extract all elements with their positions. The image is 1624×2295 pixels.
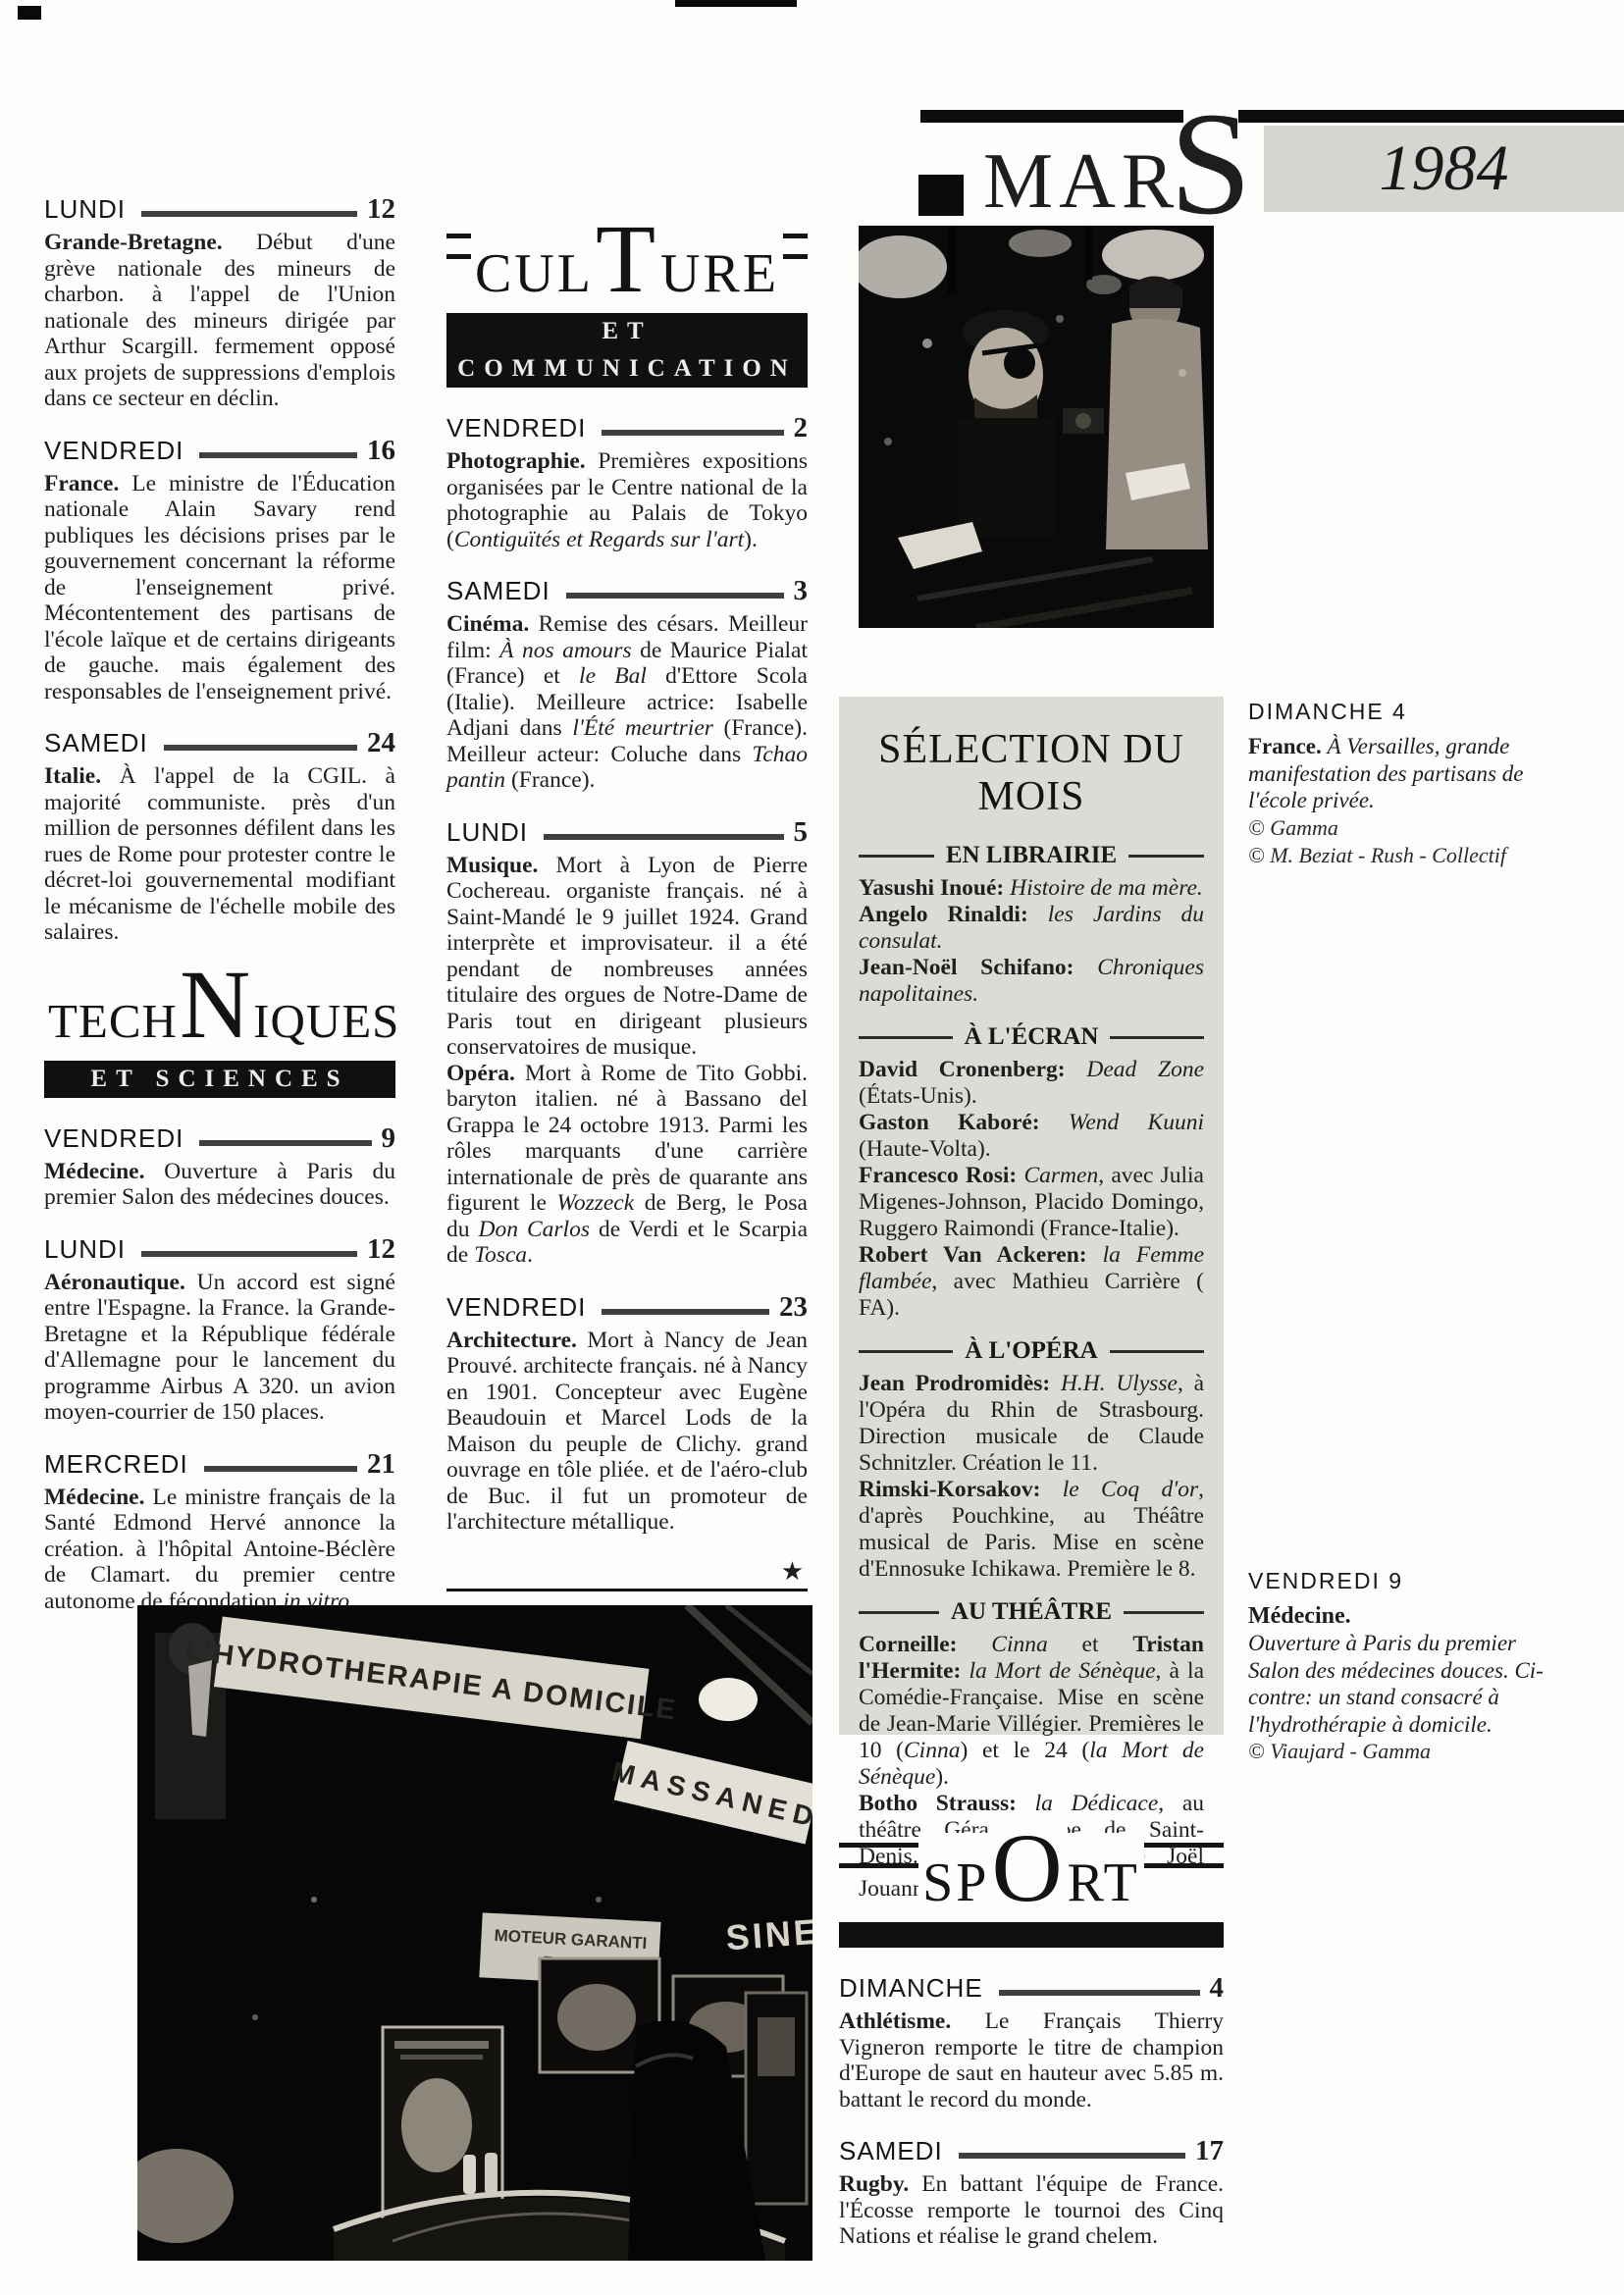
photo-caption-demonstration: DIMANCHE 4 France. À Versailles, grande … [1248,699,1554,869]
day-heading: LUNDI 5 [446,817,808,847]
selection-item: Jean Prodromidès: H.H. Ulysse, à l'Opéra… [859,1371,1204,1477]
event-text: Architecture. Mort à Nancy de Jean Prouv… [446,1328,808,1536]
section-subtitle-bar: ET SCIENCES [44,1061,395,1098]
bottle [485,2153,498,2194]
day-heading: VENDREDI 9 [44,1123,395,1153]
section-title-post: IQUES [253,994,399,1048]
photo-demonstration-image [859,226,1214,628]
day-label: VENDREDI [44,436,183,465]
day-rule [141,211,357,217]
sport-column: SPORT DIMANCHE 4 Athlétisme. Le Français… [839,1833,1224,2273]
day-heading: VENDREDI 16 [44,436,395,465]
day-heading: LUNDI 12 [44,194,395,224]
label-rule [859,1611,939,1614]
day-number: 9 [382,1123,396,1153]
selection-item: Angelo Rinaldi: les Jardins du consulat. [859,902,1204,955]
event-text: Médecine. Le ministre français de la San… [44,1485,395,1615]
label-rule [1124,1611,1204,1614]
month-title-big-letter: S [1170,90,1251,237]
event-entry: LUNDI 12 Aéronautique. Un accord est sig… [44,1234,395,1426]
photo-caption-salon: VENDREDI 9 Médecine. Ouverture à Paris d… [1248,1568,1554,1765]
event-text: France. Le ministre de l'Éducation natio… [44,471,395,705]
section-title-big-letter: T [594,204,660,313]
day-number: 12 [367,194,395,224]
section-subtitle-bar: ET COMMUNICATION [446,313,808,388]
day-heading: SAMEDI 17 [839,2136,1224,2165]
day-rule [566,593,784,599]
day-number: 21 [367,1449,395,1479]
day-heading: LUNDI 12 [44,1234,395,1264]
selection-category-opera: À L'OPÉRA [859,1337,1204,1365]
bottle [463,2155,476,2194]
event-entry: SAMEDI 17 Rugby. En battant l'équipe de … [839,2136,1224,2250]
event-text: Rugby. En battant l'équipe de France. l'… [839,2171,1224,2250]
section-bar [839,1922,1224,1948]
day-number: 2 [794,413,809,443]
star-marker: ★ [450,1559,804,1585]
selection-item: Jean-Noël Schifano: Chroniques napolitai… [859,955,1204,1008]
day-number: 12 [367,1234,395,1264]
selection-du-mois-panel: SÉLECTION DU MOIS EN LIBRAIRIE Yasushi I… [839,697,1224,1735]
header-rule-right [1238,110,1624,123]
day-rule [602,1309,769,1315]
event-entry: DIMANCHE 4 Athlétisme. Le Français Thier… [839,1973,1224,2112]
woman-coat [1106,319,1208,549]
day-rule [544,834,783,840]
event-text: Grande-Bretagne. Début d'une grève natio… [44,230,395,412]
day-label: VENDREDI [44,1123,183,1153]
section-title-pre: CUL [475,243,594,304]
event-entry: MERCREDI 21 Médecine. Le ministre frança… [44,1449,395,1615]
day-rule [164,745,357,751]
event-text: Opéra. Mort à Rome de Tito Gobbi. baryto… [446,1061,808,1269]
selection-item: Corneille: Cinna et Tristan l'Hermite: l… [859,1632,1204,1791]
header-rule-left [920,110,1183,123]
event-entry: SAMEDI 24 Italie. À l'appel de la CGIL. … [44,728,395,946]
selection-category-librairie: EN LIBRAIRIE [859,842,1204,869]
day-label: DIMANCHE [839,1973,983,2003]
day-heading: SAMEDI 3 [446,576,808,605]
event-entry: VENDREDI 16 France. Le ministre de l'Édu… [44,436,395,705]
category-label: À L'OPÉRA [953,1337,1109,1365]
label-rule [1128,855,1204,858]
month-title: MAR [983,137,1179,226]
lamp-glow [699,1678,758,1721]
left-column: LUNDI 12 Grande-Bretagne. Début d'une gr… [44,194,395,1638]
event-entry: VENDREDI 2 Photographie. Premières expos… [446,413,808,552]
category-label: AU THÉÂTRE [939,1598,1124,1626]
day-rule [199,1140,371,1146]
day-number: 3 [794,576,809,605]
event-text: Musique. Mort à Lyon de Pierre Cochereau… [446,853,808,1061]
day-rule [199,452,357,458]
year-banner: 1984 [1264,126,1624,212]
day-label: LUNDI [44,1234,126,1264]
divider-rule [446,1589,808,1591]
man-coat [957,418,1055,536]
day-label: VENDREDI [446,1292,586,1322]
almanac-page-mars-1984: MAR S 1984 LUNDI 12 Grande-Bretagne. Déb… [0,0,1624,2295]
day-number: 17 [1195,2136,1224,2165]
day-label: LUNDI [44,194,126,224]
section-title-big-letter: O [989,1813,1067,1922]
event-text: Athlétisme. Le Français Thierry Vigneron… [839,2008,1224,2112]
section-title-post: RT [1068,1852,1140,1913]
day-number: 24 [367,728,395,757]
event-entry: VENDREDI 23 Architecture. Mort à Nancy d… [446,1292,808,1536]
day-label: SAMEDI [44,728,148,757]
photo-demonstration [859,226,1214,628]
category-label: À L'ÉCRAN [953,1023,1111,1051]
day-heading: DIMANCHE 4 [839,1973,1224,2003]
event-entry: LUNDI 5 Musique. Mort à Lyon de Pierre C… [446,817,808,1269]
event-text: Médecine. Ouverture à Paris du premier S… [44,1159,395,1211]
day-label: SAMEDI [839,2136,943,2165]
photo-hydrotherapy-stand: L'HYDROTHERAPIE A DOMICILE MASSANED MOTE… [137,1605,812,2261]
event-text: Italie. À l'appel de la CGIL. à majorité… [44,763,395,946]
day-heading: VENDREDI 2 [446,413,808,443]
category-label: EN LIBRAIRIE [934,842,1128,869]
selection-item: Rimski-Korsakov: le Coq d'or, d'après Po… [859,1477,1204,1583]
section-header-culture: CULTURE ET COMMUNICATION [446,224,808,388]
event-entry: VENDREDI 9 Médecine. Ouverture à Paris d… [44,1123,395,1211]
section-title-post: URE [660,243,779,304]
selection-category-theatre: AU THÉÂTRE [859,1598,1204,1626]
event-entry: SAMEDI 3 Cinéma. Remise des césars. Meil… [446,576,808,794]
day-rule [602,430,783,436]
event-text: Aéronautique. Un accord est signé entre … [44,1270,395,1426]
label-rule [1110,1350,1204,1353]
caption-text: France. À Versailles, grande manifestati… [1248,733,1554,814]
selection-category-ecran: À L'ÉCRAN [859,1023,1204,1051]
selection-item: David Cronenberg: Dead Zone (États-Unis)… [859,1057,1204,1110]
event-text: Cinéma. Remise des césars. Meilleur film… [446,611,808,794]
culture-column: CULTURE ET COMMUNICATION VENDREDI 2 Phot… [446,224,808,1731]
label-rule [859,855,934,858]
caption-day: DIMANCHE 4 [1248,699,1554,725]
photo-credit: © Gamma [1248,814,1554,842]
day-label: SAMEDI [446,576,550,605]
day-label: LUNDI [446,817,528,847]
selection-item: Gaston Kaboré: Wend Kuuni (Haute-Volta). [859,1110,1204,1163]
label-rule [859,1036,953,1039]
photo-hydrotherapy-image: L'HYDROTHERAPIE A DOMICILE MASSANED MOTE… [137,1605,812,2261]
day-number: 4 [1210,1973,1225,2003]
day-rule [959,2153,1185,2159]
caption-text: Ouverture à Paris du premier Salon des m… [1248,1630,1554,1738]
section-title-big-letter: N [178,950,253,1059]
day-rule [204,1466,357,1472]
section-title: TECHNIQUES [44,969,403,1057]
scan-artifact [18,6,41,20]
day-label: MERCREDI [44,1449,188,1479]
photo-credit: © M. Beziat - Rush - Collectif [1248,842,1554,869]
day-rule [999,1990,1200,1996]
caption-lead: Médecine. [1248,1602,1554,1630]
section-title: CULTURE [471,224,783,309]
day-heading: MERCREDI 21 [44,1449,395,1479]
photo-credit: © Viaujard - Gamma [1248,1738,1554,1765]
selection-item: Yasushi Inoué: Histoire de ma mère. [859,875,1204,902]
day-number: 23 [779,1292,808,1322]
selection-item: Francesco Rosi: Carmen, avec Julia Migen… [859,1163,1204,1242]
day-rule [141,1251,357,1257]
label-rule [1110,1036,1204,1039]
caption-day: VENDREDI 9 [1248,1568,1554,1594]
day-heading: SAMEDI 24 [44,728,395,757]
label-rule [859,1350,953,1353]
panel-title: SÉLECTION DU MOIS [859,726,1204,820]
month-bullet-square [918,175,964,216]
section-title: SPORT [918,1833,1144,1918]
event-entry: LUNDI 12 Grande-Bretagne. Début d'une gr… [44,194,395,412]
scan-artifact [675,0,797,7]
section-title-pre: TECH [48,994,178,1048]
day-number: 16 [367,436,395,465]
day-heading: VENDREDI 23 [446,1292,808,1322]
section-header-sport: SPORT [839,1833,1224,1948]
day-label: VENDREDI [446,413,586,443]
section-title-pre: SP [922,1852,989,1913]
selection-item: Robert Van Ackeren: la Femme flambée, av… [859,1242,1204,1322]
section-header-techniques: TECHNIQUES ET SCIENCES [44,969,395,1098]
day-number: 5 [794,817,809,847]
event-text: Photographie. Premières expositions orga… [446,448,808,552]
neon-sign-text: SINE [724,1911,812,1958]
